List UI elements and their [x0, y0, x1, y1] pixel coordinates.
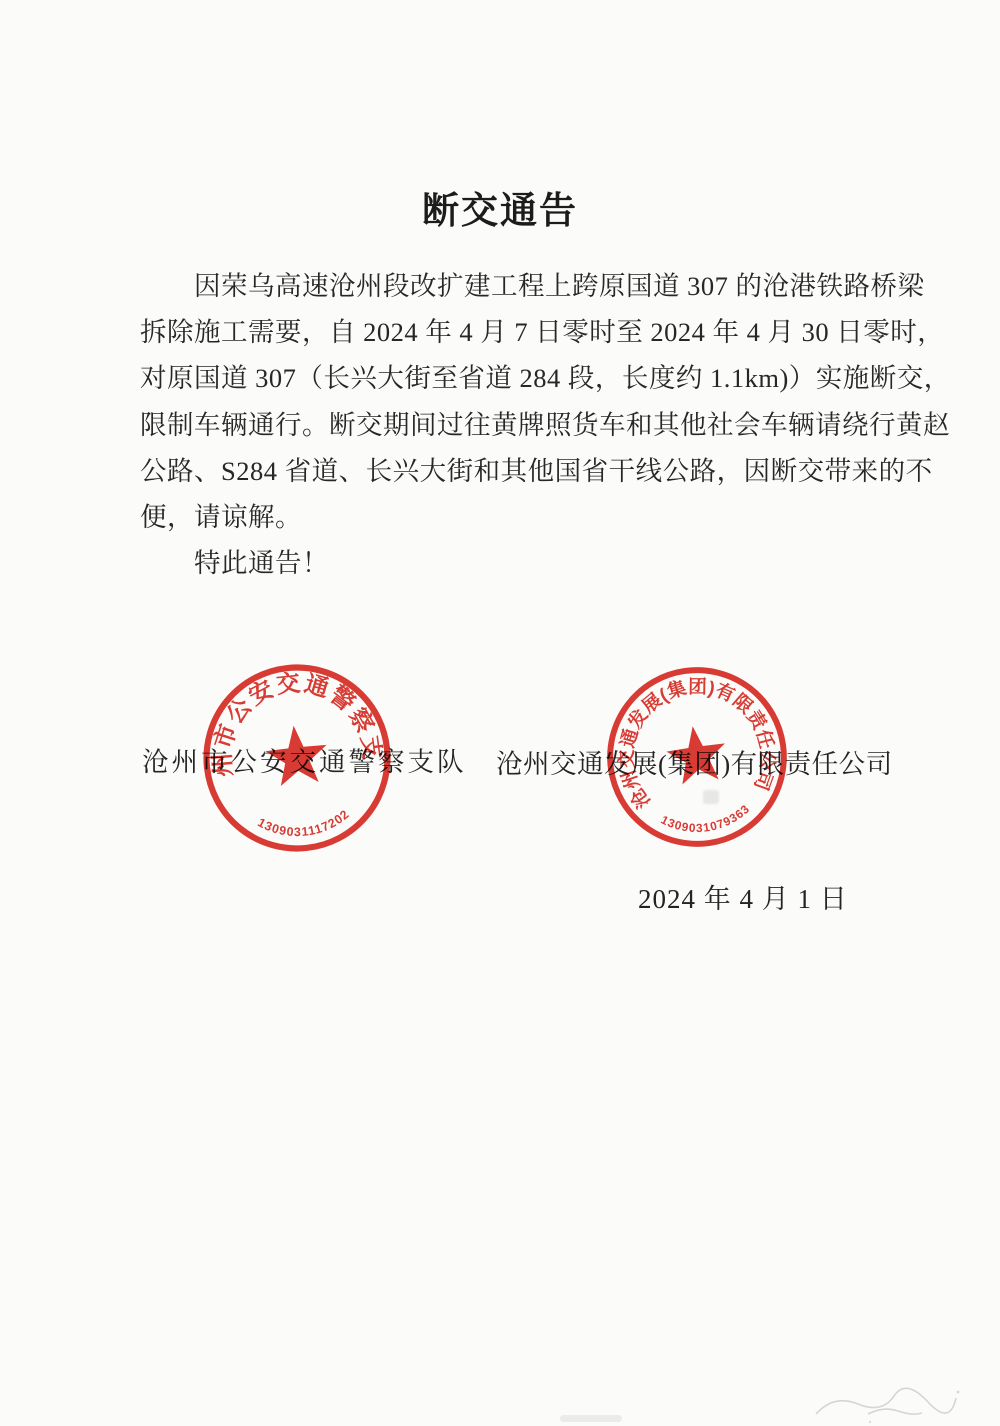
page-title: 断交通告	[0, 180, 1000, 234]
body-line-4: 限制车辆通行。断交期间过往黄牌照货车和其他社会车辆请绕行黄赵	[140, 402, 882, 448]
notice-document: 断交通告 因荣乌高速沧州段改扩建工程上跨原国道 307 的沧港铁路桥梁 拆除施工…	[0, 0, 1000, 1426]
body-line-5: 公路、S284 省道、长兴大街和其他国省干线公路，因断交带来的不	[140, 448, 882, 494]
notice-body: 因荣乌高速沧州段改扩建工程上跨原国道 307 的沧港铁路桥梁 拆除施工需要，自 …	[140, 263, 882, 586]
seal-star-icon	[663, 722, 729, 786]
body-line-2: 拆除施工需要，自 2024 年 4 月 7 日零时至 2024 年 4 月 30…	[140, 309, 882, 355]
body-line-6: 便，请谅解。	[140, 494, 882, 540]
seal-star-icon	[263, 723, 330, 788]
police-seal: 沧州市公安交通警察支队 1309031117202	[187, 648, 407, 868]
body-line-3: 对原国道 307（长兴大街至省道 284 段，长度约 1.1km)）实施断交，	[140, 355, 882, 401]
scan-scribble	[810, 1372, 980, 1426]
company-seal: 沧州交通发展(集团)有限责任公司 1309031079363	[589, 649, 806, 866]
scan-smudge	[560, 1415, 622, 1422]
closing-line: 特此通告！	[140, 540, 882, 586]
body-line-1: 因荣乌高速沧州段改扩建工程上跨原国道 307 的沧港铁路桥梁	[140, 263, 882, 309]
date: 2024 年 4 月 1 日	[638, 877, 848, 916]
